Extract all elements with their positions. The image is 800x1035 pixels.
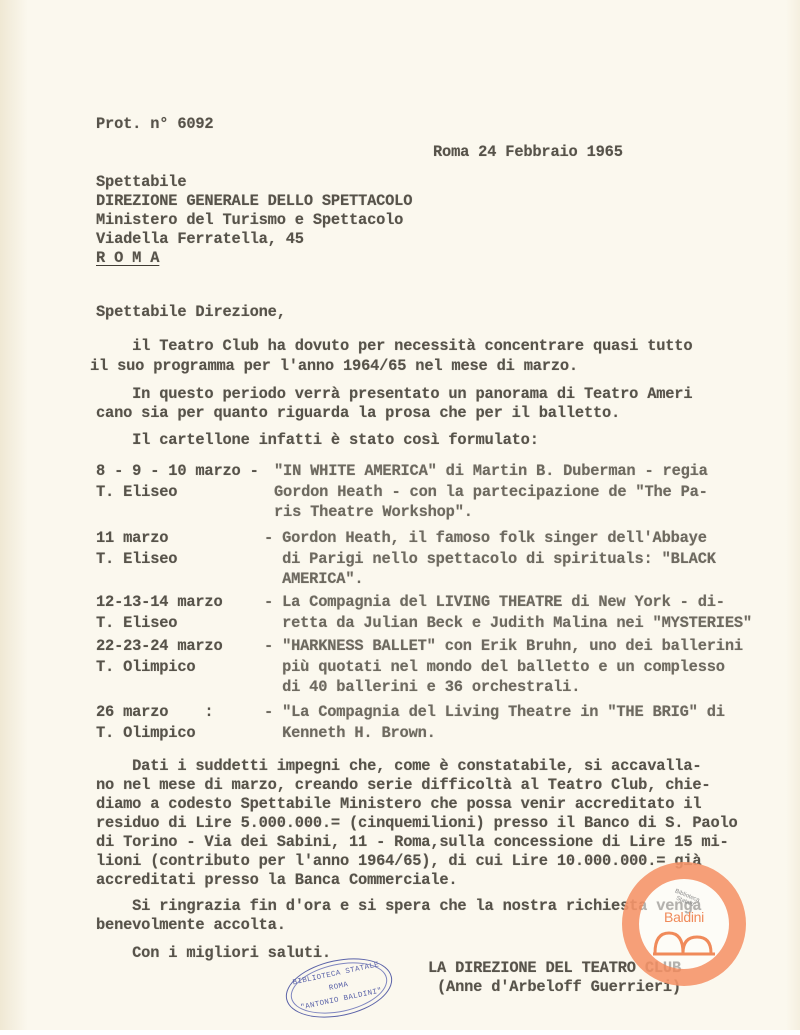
paragraph-line: no nel mese di marzo, creando serie diff… bbox=[96, 775, 710, 796]
paragraph-line: il Teatro Club ha dovuto per necessità c… bbox=[96, 336, 692, 357]
paragraph-line: Il cartellone infatti è stato così formu… bbox=[96, 430, 539, 451]
paragraph-line: benevolmente accolta. bbox=[96, 915, 286, 936]
page-bottom-margin bbox=[0, 1030, 800, 1035]
paragraph-line: Dati i suddetti impegni che, come è cons… bbox=[96, 756, 701, 777]
baldini-watermark-logo: Biblioteca Statale Baldini bbox=[622, 862, 746, 986]
recipient-line: Viadella Ferratella, 45 bbox=[96, 229, 304, 250]
paragraph-line: In questo periodo verrà presentato un pa… bbox=[96, 384, 692, 405]
program-date: 12-13-14 marzo T. Eliseo bbox=[96, 592, 266, 634]
signature-name: (Anne d'Arbeloff Guerrieri) bbox=[437, 977, 681, 998]
salutation: Spettabile Direzione, bbox=[96, 302, 286, 323]
program-description: - La Compagnia del LIVING THEATRE di New… bbox=[264, 592, 800, 633]
paragraph-line: cano sia per quanto riguarda la prosa ch… bbox=[96, 403, 620, 424]
closing: Con i migliori saluti. bbox=[96, 943, 331, 964]
recipient-line: DIREZIONE GENERALE DELLO SPETTACOLO bbox=[96, 191, 412, 212]
paragraph-line: residuo di Lire 5.000.000.= (cinquemilio… bbox=[96, 813, 738, 834]
paragraph-line: diamo a codesto Spettabile Ministero che… bbox=[96, 794, 701, 815]
paragraph-line: Si ringrazia fin d'ora e si spera che la… bbox=[96, 896, 701, 917]
program-description: - "HARKNESS BALLET" con Erik Bruhn, uno … bbox=[264, 636, 800, 698]
place-date: Roma 24 Febbraio 1965 bbox=[433, 142, 623, 163]
letter-page: Prot. n° 6092 Roma 24 Febbraio 1965 Spet… bbox=[0, 0, 800, 1030]
protocol-number: Prot. n° 6092 bbox=[96, 114, 213, 135]
paragraph-line: il suo programma per l'anno 1964/65 nel … bbox=[90, 356, 578, 377]
watermark-name: Baldini bbox=[639, 909, 729, 925]
recipient-city: R O M A bbox=[96, 248, 159, 269]
paragraph-line: lioni (contributo per l'anno 1964/65), d… bbox=[96, 851, 701, 872]
book-b-icon bbox=[651, 927, 717, 957]
paragraph-line: accreditati presso la Banca Commerciale. bbox=[96, 870, 457, 891]
program-date: 11 marzo T. Eliseo bbox=[96, 528, 266, 570]
program-date: 8 - 9 - 10 marzo - T. Eliseo bbox=[96, 461, 266, 503]
program-description: - Gordon Heath, il famoso folk singer de… bbox=[264, 528, 800, 590]
recipient-line: Spettabile bbox=[96, 172, 186, 193]
recipient-line: Ministero del Turismo e Spettacolo bbox=[96, 210, 403, 231]
paragraph-line: di Torino - Via dei Sabini, 11 - Roma,su… bbox=[96, 832, 729, 853]
program-description: - "La Compagnia del Living Theatre in "T… bbox=[264, 702, 800, 743]
program-description: "IN WHITE AMERICA" di Martin B. Duberman… bbox=[274, 461, 800, 523]
program-date: 26 marzo : T. Olimpico bbox=[96, 702, 266, 744]
watermark-small-text: Biblioteca Statale bbox=[668, 887, 704, 911]
program-date: 22-23-24 marzo T. Olimpico bbox=[96, 636, 266, 678]
